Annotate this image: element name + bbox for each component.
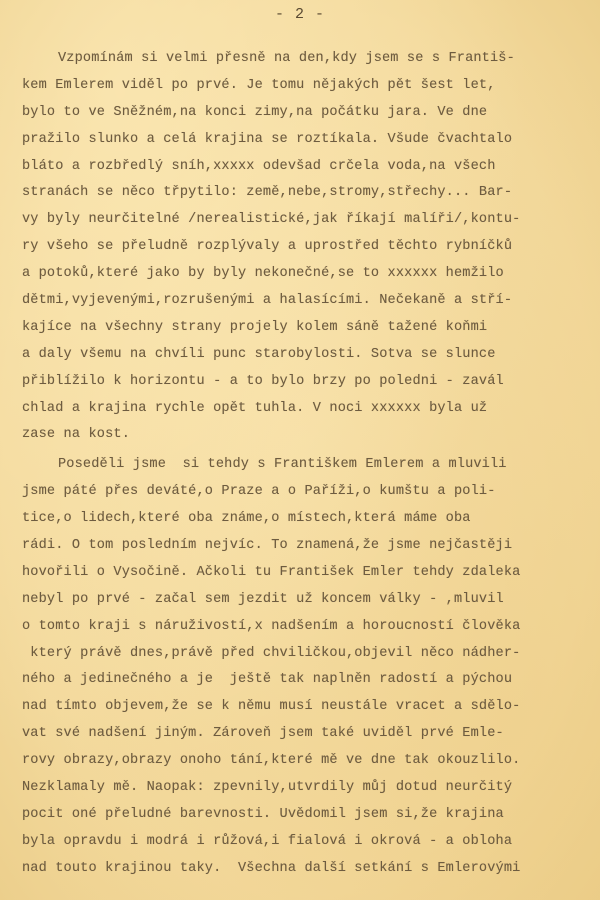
text-line: pocit oné přeludné barevnosti. Uvědomil … [22,802,600,829]
text-line: Nezklamaly mě. Naopak: zpevnily,utvrdily… [22,775,600,802]
text-line: nad tímto objevem,že se k němu musí neus… [22,694,600,721]
text-line: dětmi,vyjevenými,rozrušenými a halasícím… [22,288,600,315]
text-line: přiblížilo k horizontu - a to bylo brzy … [22,369,600,396]
text-line: tice,o lidech,které oba známe,o místech,… [22,506,600,533]
text-line: Poseděli jsme si tehdy s Františkem Emle… [22,452,600,479]
text-line: Vzpomínám si velmi přesně na den,kdy jse… [22,46,600,73]
paragraph-1: Vzpomínám si velmi přesně na den,kdy jse… [22,46,600,449]
text-line: hovořili o Vysočině. Ačkoli tu František… [22,560,600,587]
body-text: Vzpomínám si velmi přesně na den,kdy jse… [22,46,600,883]
text-line: rovy obrazy,obrazy onoho tání,které mě v… [22,748,600,775]
text-line: o tomto kraji s náruživostí,x nadšením a… [22,614,600,641]
text-line: vat své nadšení jiným. Zároveň jsem také… [22,721,600,748]
text-line: ného a jedinečného a je ještě tak naplně… [22,667,600,694]
text-line: vy byly neurčitelné /nerealistické,jak ř… [22,207,600,234]
text-line: a daly všemu na chvíli punc starobylosti… [22,342,600,369]
text-line: kem Emlerem viděl po prvé. Je tomu nějak… [22,73,600,100]
text-line: jsme páté přes deváté,o Praze a o Paříži… [22,479,600,506]
text-line: nebyl po prvé - začal sem jezdit už konc… [22,587,600,614]
text-line: rádi. O tom posledním nejvíc. To znamená… [22,533,600,560]
text-line: chlad a krajina rychle opět tuhla. V noc… [22,396,600,423]
text-line: stranách se něco třpytilo: země,nebe,str… [22,180,600,207]
text-line: který právě dnes,právě před chviličkou,o… [22,641,600,668]
text-line: a potoků,které jako by byly nekonečné,se… [22,261,600,288]
text-line: pražilo slunko a celá krajina se roztíka… [22,127,600,154]
text-line: bylo to ve Sněžném,na konci zimy,na počá… [22,100,600,127]
text-line: nad touto krajinou taky. Všechna další s… [22,856,600,883]
typewritten-page: - 2 - Vzpomínám si velmi přesně na den,k… [0,0,600,900]
text-line: kajíce na všechny strany projely kolem s… [22,315,600,342]
page-number: - 2 - [0,6,600,23]
text-line: ry všeho se přeludně rozplývaly a uprost… [22,234,600,261]
text-line: zase na kost. [22,422,600,449]
text-line: byla opravdu i modrá i růžová,i fialová … [22,829,600,856]
paragraph-2: Poseděli jsme si tehdy s Františkem Emle… [22,452,600,882]
text-line: bláto a rozbředlý sníh,xxxxx odevšad crč… [22,154,600,181]
